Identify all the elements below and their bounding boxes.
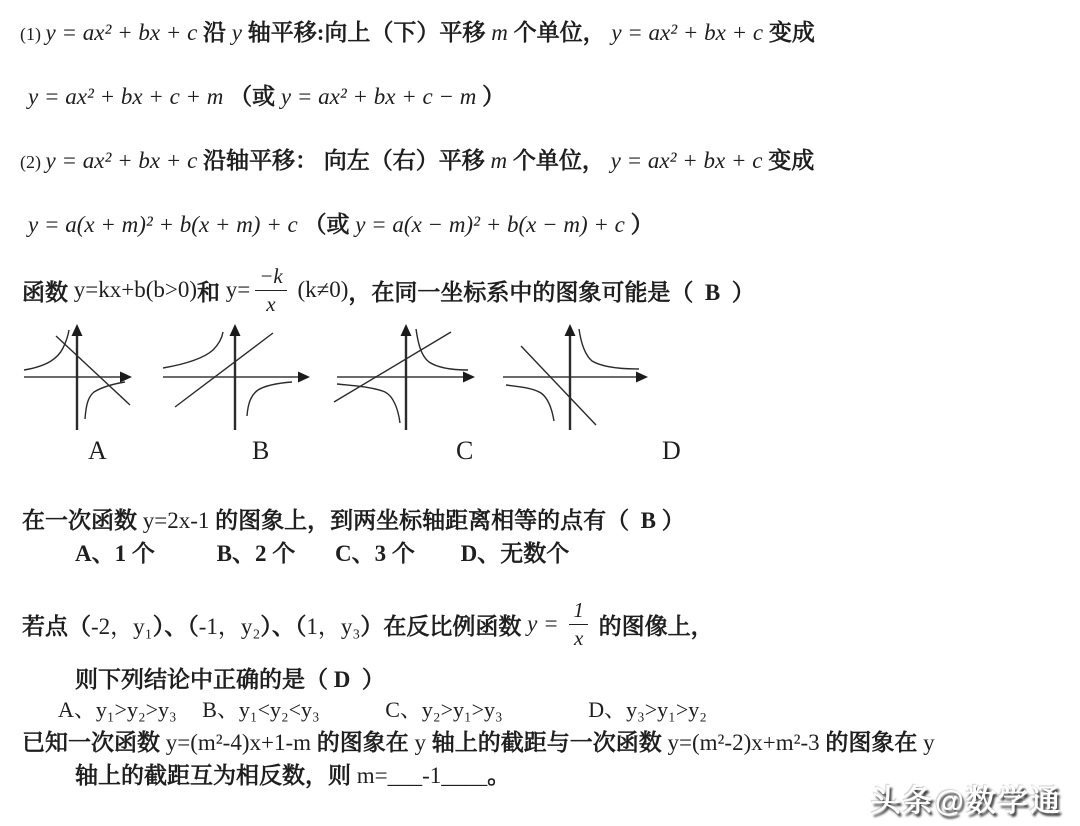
option-c: C、y₂>y₁>y₃ — [385, 693, 503, 724]
graph-label-b: B — [252, 436, 269, 466]
note-line-2: y = ax² + bx + c + m （或 y = ax² + bx + c… — [28, 78, 505, 111]
option-a: A、1 个 — [75, 535, 155, 568]
option-c: C、3 个 — [335, 535, 415, 568]
x-axis-arrow-icon — [120, 372, 132, 383]
note-line-4: y = a(x + m)² + b(x + m) + c （或 y = a(x … — [28, 206, 654, 239]
option-a: A、y₁>y₂>y₃ — [58, 693, 177, 724]
note-line-1: (1) y = ax² + bx + c 沿 y 轴平移:向上（下）平移 m 个… — [20, 14, 815, 47]
option-b: B、y₁<y₂<y₃ — [202, 693, 320, 724]
x-axis-arrow-icon — [298, 372, 310, 383]
x-axis-arrow-icon — [636, 372, 648, 383]
option-d: D、无数个 — [461, 535, 570, 568]
fraction: 1x — [569, 598, 588, 649]
fraction: −kx — [255, 264, 287, 315]
question-graphs-stem: 函数 y=kx+b(b>0)和 y=−kx (k≠0)，在同一坐标系中的图象可能… — [22, 262, 755, 318]
graph-option-b — [158, 318, 316, 433]
graph-label-d: D — [662, 436, 681, 466]
x-axis-arrow-icon — [463, 372, 475, 383]
y-axis-arrow-icon — [565, 324, 576, 336]
y-axis-arrow-icon — [72, 324, 83, 336]
watermark: 头条@数学通 — [871, 776, 1062, 820]
question-inverse-stem: 若点（-2，y₁）、（-1，y₂）、（1，y₃）在反比例函数 y = 1x 的图… — [22, 596, 714, 652]
option-d: D、y₃>y₁>y₂ — [588, 693, 707, 724]
note-line-3: (2) y = ax² + bx + c 沿轴平移： 向左（右）平移 m 个单位… — [20, 142, 814, 175]
graph-option-d — [493, 318, 655, 433]
graph-label-a: A — [88, 436, 107, 466]
question-intercept-line2: 轴上的截距互为相反数，则 m=___-1____。 — [75, 757, 510, 790]
y-axis-arrow-icon — [401, 324, 412, 336]
option-b: B、2 个 — [217, 535, 296, 568]
question-line-stem: 在一次函数 y=2x-1 的图象上，到两坐标轴距离相等的点有（ B ） — [22, 502, 685, 535]
graph-option-a — [20, 318, 142, 433]
question-line-options: A、1 个 B、2 个 C、3 个 D、无数个 — [75, 535, 569, 568]
question-inverse-options: A、y₁>y₂>y₃ B、y₁<y₂<y₃ C、y₂>y₁>y₃ D、y₃>y₁… — [58, 693, 707, 724]
graph-label-c: C — [456, 436, 473, 466]
y-axis-arrow-icon — [230, 324, 241, 336]
question-inverse-sub: 则下列结论中正确的是（ D ） — [75, 661, 385, 694]
question-intercept-line1: 已知一次函数 y=(m²-4)x+1-m 的图象在 y 轴上的截距与一次函数 y… — [22, 724, 935, 757]
graph-option-c — [328, 318, 480, 433]
